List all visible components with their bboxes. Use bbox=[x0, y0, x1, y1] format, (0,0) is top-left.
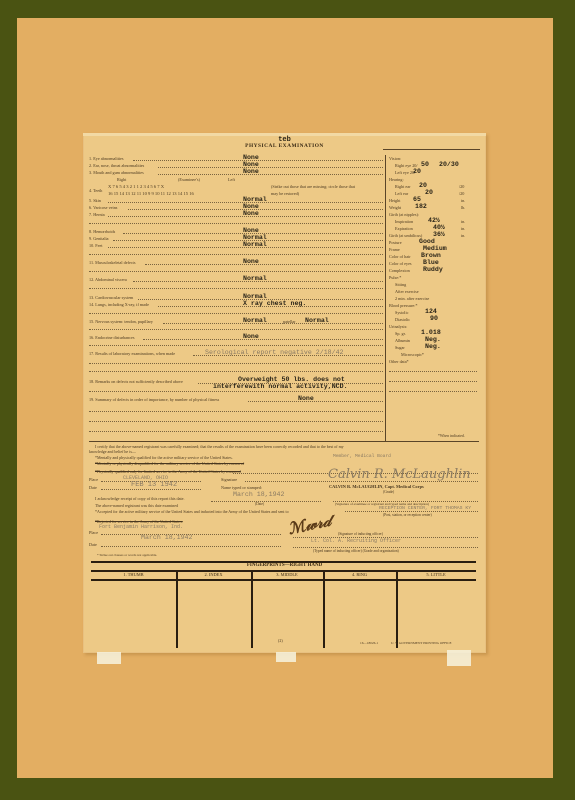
page-number: (2) bbox=[278, 638, 283, 643]
item-value: X ray chest neg. bbox=[243, 300, 306, 307]
patellar-value: Normal bbox=[305, 317, 329, 324]
weight-value: 182 bbox=[415, 203, 427, 210]
fingerprints-column-rule bbox=[91, 579, 476, 581]
eyes-value: Blue bbox=[423, 259, 439, 266]
diastolic-value: 90 bbox=[430, 315, 438, 322]
albumin-value: Neg. bbox=[425, 336, 441, 343]
expiration-value: 40½ bbox=[433, 224, 445, 231]
height-value: 65 bbox=[413, 196, 421, 203]
umbilicus-value: 36½ bbox=[433, 231, 445, 238]
item-label: 2. Ear, nose, throat abnormalities bbox=[89, 163, 144, 168]
hair-value: Brown bbox=[421, 252, 441, 259]
complexion-label: Complexion bbox=[389, 268, 410, 273]
dotted-line bbox=[389, 371, 477, 372]
after-exercise-label: After exercise bbox=[395, 289, 419, 294]
item-label: 3. Mouth and gum abnormalities bbox=[89, 170, 144, 175]
title-rule bbox=[383, 149, 480, 150]
item-label: 16. Endocrine disturbances bbox=[89, 335, 134, 340]
item-value: None bbox=[243, 161, 259, 168]
board-stamp: Member, Medical Board bbox=[333, 453, 391, 460]
station-caption: (Post, station, or reception center) bbox=[383, 513, 432, 518]
fingerprint-column-ring: 4. RING bbox=[323, 572, 396, 577]
item-label: 9. Genitalia bbox=[89, 236, 109, 241]
item-label: 15. Nervous system: tendon, pupillary bbox=[89, 319, 153, 324]
vision-label: Vision: bbox=[389, 156, 401, 161]
fingerprint-column-little: 5. LITTLE bbox=[396, 572, 476, 577]
frame-label: Frame bbox=[389, 247, 400, 252]
item-value: Normal bbox=[243, 196, 267, 203]
item-label: 6. Varicose veins bbox=[89, 205, 117, 210]
place-label-2: Place bbox=[89, 530, 98, 535]
date-caption: (Date) bbox=[255, 502, 264, 507]
inspiration-value: 42½ bbox=[428, 217, 440, 224]
eyes-label: Color of eyes bbox=[389, 261, 412, 266]
acknowledgment-text: I acknowledge receipt of copy of this re… bbox=[95, 496, 185, 501]
right-ear-label: Right ear bbox=[395, 184, 410, 189]
teeth-examinee-label: (Examinee's) bbox=[178, 177, 200, 182]
date-label: Date bbox=[89, 485, 97, 490]
teeth-note: (Strike out those that are missing; circ… bbox=[271, 184, 355, 189]
item-value: Normal bbox=[243, 275, 267, 282]
left-eye-value: 20 bbox=[413, 168, 421, 175]
section-rule bbox=[89, 441, 479, 442]
dotted-line bbox=[293, 547, 478, 548]
item-label: 10. Feet bbox=[89, 243, 103, 248]
girth-label: Girth (at nipples): bbox=[389, 212, 419, 217]
item-label: 11. Musculoskeletal defects bbox=[89, 260, 135, 265]
item-value: Serological report negative 2/18/42 bbox=[205, 349, 344, 356]
item-value: None bbox=[243, 154, 259, 161]
complexion-value: Ruddy bbox=[423, 266, 443, 273]
name-typed-label: Name typed or stamped: bbox=[221, 485, 262, 490]
spgr-value: 1.018 bbox=[421, 329, 441, 336]
item-value: None bbox=[243, 203, 259, 210]
urinalysis-label: Urinalysis: bbox=[389, 324, 407, 329]
teeth-upper: X 7 6 5 4 3 2 1 1 2 3 4 5 6 7 X bbox=[108, 184, 164, 189]
expiration-label: Expiration bbox=[395, 226, 413, 231]
fingerprint-divider bbox=[176, 570, 178, 648]
item-value: Overweight 50 lbs. does not bbox=[238, 376, 345, 383]
right-ear-unit: /20 bbox=[459, 184, 464, 189]
systolic-label: Systolic bbox=[395, 310, 409, 315]
left-ear-value: 20 bbox=[425, 189, 433, 196]
grade-label: (Grade) bbox=[383, 490, 394, 495]
dotted-line bbox=[143, 339, 383, 340]
item-label: 18. Remarks on defects not sufficiently … bbox=[89, 379, 183, 384]
item-label: 14. Lungs, including X-ray, if made bbox=[89, 302, 149, 307]
patellar-label: patellar bbox=[283, 319, 296, 324]
qualification-option-3: *Physically qualified only for limited s… bbox=[95, 469, 241, 474]
item-label: 17. Results of laboratory examinations, … bbox=[89, 351, 175, 356]
left-ear-label: Left ear bbox=[395, 191, 408, 196]
dotted-line bbox=[145, 264, 383, 265]
officer-name: Lt. Col. A. Recruiting Officer bbox=[311, 538, 401, 545]
printer-credit: U. S. GOVERNMENT PRINTING OFFICE bbox=[391, 641, 452, 646]
item-label: 19. Summary of defects in order of impor… bbox=[89, 397, 219, 402]
medical-officer-name: CALVIN R. McLAUGHLIN, Capt. Medical Corp… bbox=[329, 484, 424, 489]
certification-text: knowledge and belief he is— bbox=[89, 449, 136, 454]
tape-piece bbox=[447, 650, 471, 666]
dotted-line bbox=[89, 313, 383, 314]
dotted-line bbox=[89, 363, 383, 364]
item-value: Normal bbox=[243, 234, 267, 241]
teeth-right-label: Right bbox=[117, 177, 126, 182]
tape-piece bbox=[97, 652, 121, 664]
right-eye-value: 50 bbox=[421, 161, 429, 168]
teeth-note: may be restored) bbox=[271, 191, 299, 196]
expiration-unit: in. bbox=[461, 226, 465, 231]
bp-label: Blood pressure:* bbox=[389, 303, 418, 308]
dotted-line bbox=[89, 371, 383, 372]
umbilicus-unit: in. bbox=[461, 233, 465, 238]
dotted-line bbox=[89, 271, 383, 272]
footnote: * Strike out clauses or words not applic… bbox=[97, 553, 157, 558]
height-label: Height bbox=[389, 198, 400, 203]
posture-value: Good bbox=[419, 238, 435, 245]
frame-value: Medium bbox=[423, 245, 447, 252]
diastolic-label: Diastolic bbox=[395, 317, 410, 322]
item-value: Normal bbox=[243, 241, 267, 248]
dotted-line bbox=[389, 391, 477, 392]
sugar-value: Neg. bbox=[425, 343, 441, 350]
sugar-label: Sugar bbox=[395, 345, 405, 350]
dotted-line bbox=[89, 329, 383, 330]
inspiration-unit: in. bbox=[461, 219, 465, 224]
albumin-label: Albumin bbox=[395, 338, 410, 343]
item-label: 1. Eye abnormalities bbox=[89, 156, 124, 161]
item-label: 8. Hemorrhoids bbox=[89, 229, 115, 234]
hair-label: Color of hair bbox=[389, 254, 411, 259]
dotted-line bbox=[89, 288, 383, 289]
right-ear-value: 20 bbox=[419, 182, 427, 189]
tape-piece bbox=[276, 652, 296, 662]
item-value: None bbox=[243, 333, 259, 340]
column-divider bbox=[385, 155, 386, 441]
posture-label: Posture bbox=[389, 240, 402, 245]
dotted-line bbox=[211, 501, 321, 502]
dotted-line bbox=[158, 167, 383, 168]
systolic-value: 124 bbox=[425, 308, 437, 315]
two-min-label: 2 min. after exercise bbox=[395, 296, 429, 301]
date-label-2: Date bbox=[89, 542, 97, 547]
inspiration-label: Inspiration bbox=[395, 219, 413, 224]
microscopic-label: Microscopic* bbox=[401, 352, 424, 357]
left-ear-unit: /20 bbox=[459, 191, 464, 196]
item-value: None bbox=[243, 258, 259, 265]
item-label: 5. Skin bbox=[89, 198, 101, 203]
induction-date: March 18,1942 bbox=[141, 534, 192, 541]
item-value: None bbox=[243, 227, 259, 234]
item-value: None bbox=[243, 210, 259, 217]
signature-label: Signature bbox=[221, 477, 237, 482]
umbilicus-label: Girth (at umbilicus) bbox=[389, 233, 422, 238]
hearing-label: Hearing: bbox=[389, 177, 404, 182]
date-stamp: FEB 13 1942 bbox=[131, 482, 177, 489]
dotted-line bbox=[158, 174, 383, 175]
dotted-line bbox=[89, 223, 383, 224]
medical-officer-signature: Calvin R. McLaughlin bbox=[328, 467, 471, 482]
teeth-lower: 16 15 14 13 12 11 10 9 9 10 11 12 13 14 … bbox=[108, 191, 194, 196]
dotted-line bbox=[89, 431, 383, 432]
physical-exam-document: teb PHYSICAL EXAMINATION 1. Eye abnormal… bbox=[83, 133, 486, 653]
fingerprint-divider bbox=[323, 570, 325, 648]
fingerprint-column-thumb: 1. THUMB bbox=[91, 572, 176, 577]
acknowledgment-date: March 18,1942 bbox=[233, 491, 284, 498]
dotted-line bbox=[389, 381, 477, 382]
stamp-line: Fort Benjamin Harrison, Ind. bbox=[99, 524, 183, 531]
dotted-line bbox=[163, 323, 383, 324]
dotted-line bbox=[101, 546, 281, 547]
item-label: 12. Abdominal viscera bbox=[89, 277, 127, 282]
pulse-label: Pulse:* bbox=[389, 275, 401, 280]
item-value: Normal bbox=[243, 317, 267, 324]
height-unit: in. bbox=[461, 198, 465, 203]
dotted-line bbox=[89, 254, 383, 255]
form-code: 16—18026-1 bbox=[360, 641, 378, 646]
spgr-label: Sp. gr. bbox=[395, 331, 406, 336]
dotted-line bbox=[89, 345, 383, 346]
item-value: None bbox=[298, 395, 314, 402]
when-indicated-note: *When indicated. bbox=[438, 434, 465, 439]
sitting-label: Sitting bbox=[395, 282, 406, 287]
dotted-line bbox=[89, 411, 383, 412]
teeth-left-label: Left bbox=[228, 177, 235, 182]
officer-signature-caption: (Signature of inducting officer) bbox=[338, 532, 383, 537]
dotted-line bbox=[89, 391, 383, 392]
item-label: 7. Hernia bbox=[89, 212, 105, 217]
item-label: 13. Cardiovascular system bbox=[89, 295, 133, 300]
other-data-label: Other data* bbox=[389, 359, 409, 364]
fingerprint-divider bbox=[396, 570, 398, 648]
right-eye-corrected: 20/30 bbox=[439, 161, 459, 168]
item-value-2: interferewith normal activity,NCD. bbox=[213, 383, 348, 390]
qualification-option-2: *Mentally or physically disqualified for… bbox=[95, 461, 244, 466]
teeth-label: 4. Teeth bbox=[89, 188, 102, 193]
inducting-officer-signature: ℳ𝓌𝓇𝒹 bbox=[286, 511, 332, 539]
officer-typed-caption: (Typed name of inducting officer) (Grade… bbox=[313, 549, 399, 554]
place-label: Place bbox=[89, 477, 98, 482]
item-value: None bbox=[243, 168, 259, 175]
weight-unit: lb. bbox=[461, 205, 465, 210]
fingerprint-divider bbox=[251, 570, 253, 648]
examined-line: The above-named registrant was this date… bbox=[95, 503, 178, 508]
dotted-line bbox=[345, 511, 478, 512]
dotted-line bbox=[101, 489, 201, 490]
fingerprints-title: FINGERPRINTS—RIGHT HAND bbox=[93, 563, 476, 568]
fingerprint-column-index: 2. INDEX bbox=[176, 572, 251, 577]
weight-label: Weight bbox=[389, 205, 401, 210]
item-value: Normal bbox=[243, 293, 267, 300]
fingerprint-column-middle: 3. MIDDLE bbox=[251, 572, 323, 577]
accepted-line: *Accepted for the active military servic… bbox=[95, 509, 289, 514]
dotted-line bbox=[248, 401, 383, 402]
qualification-option-1: *Mentally and physically qualified for t… bbox=[95, 455, 233, 460]
dotted-line bbox=[89, 421, 383, 422]
